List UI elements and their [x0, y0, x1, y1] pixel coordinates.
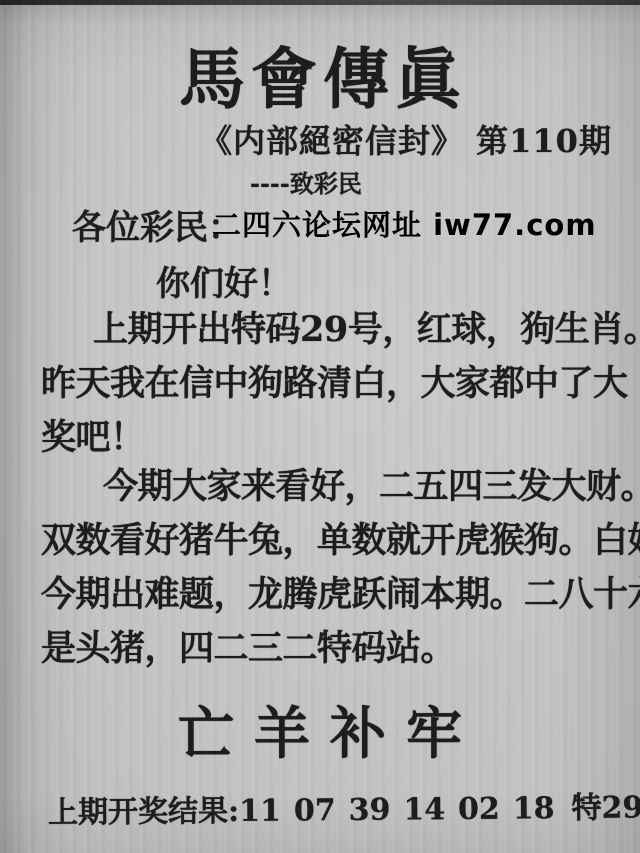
- dedication-line: ----致彩民: [250, 164, 362, 199]
- paragraph-1-line-1: 上期开出特码29号，红球，狗生肖。: [41, 303, 630, 357]
- paragraph-2-line-4: 是头猪，四二三二特码站。: [41, 622, 630, 676]
- paragraph-2: 今期大家来看好，二五四三发大财。 双数看好猪牛兔，单数就开虎猴狗。白姐 今期出难…: [41, 460, 630, 676]
- fax-letter-photo: 馬會傳眞 《内部絕密信封》 第110期 ----致彩民 各位彩民： 二四六论坛网…: [0, 0, 640, 853]
- results-line: 上期开奖结果:110739140218特29: [48, 782, 640, 831]
- paragraph-1-line-3: 奖吧！: [41, 411, 630, 465]
- paragraph-2-line-2: 双数看好猪牛兔，单数就开虎猴狗。白姐: [41, 514, 630, 568]
- paragraph-1: 上期开出特码29号，红球，狗生肖。 昨天我在信中狗路清白，大家都中了大 奖吧！: [41, 303, 630, 465]
- watermark-overlay: 二四六论坛网址 iw77.com: [212, 203, 597, 244]
- result-number-6: 18: [513, 791, 555, 826]
- paragraph-2-line-3: 今期出难题，龙腾虎跃闹本期。二八十六: [41, 568, 630, 622]
- result-number-3: 39: [348, 793, 390, 828]
- idiom-headline: 亡羊补牢: [0, 690, 640, 770]
- paragraph-2-line-1: 今期大家来看好，二五四三发大财。: [41, 460, 630, 514]
- result-number-1: 11: [239, 794, 281, 829]
- paragraph-1-line-2: 昨天我在信中狗路清白，大家都中了大: [41, 357, 630, 411]
- result-number-2: 07: [294, 793, 336, 828]
- result-number-4: 14: [403, 792, 445, 827]
- results-label: 上期开奖结果:: [48, 794, 239, 831]
- special-number: 29: [601, 790, 640, 825]
- result-number-5: 02: [458, 792, 500, 827]
- greeting: 你们好！: [156, 256, 292, 305]
- photo-edge-top: [0, 0, 640, 5]
- masthead-title: 馬會傳眞: [0, 26, 640, 121]
- issue-line: 《内部絕密信封》 第110期: [200, 116, 612, 162]
- special-number-prefix: 特: [571, 791, 601, 826]
